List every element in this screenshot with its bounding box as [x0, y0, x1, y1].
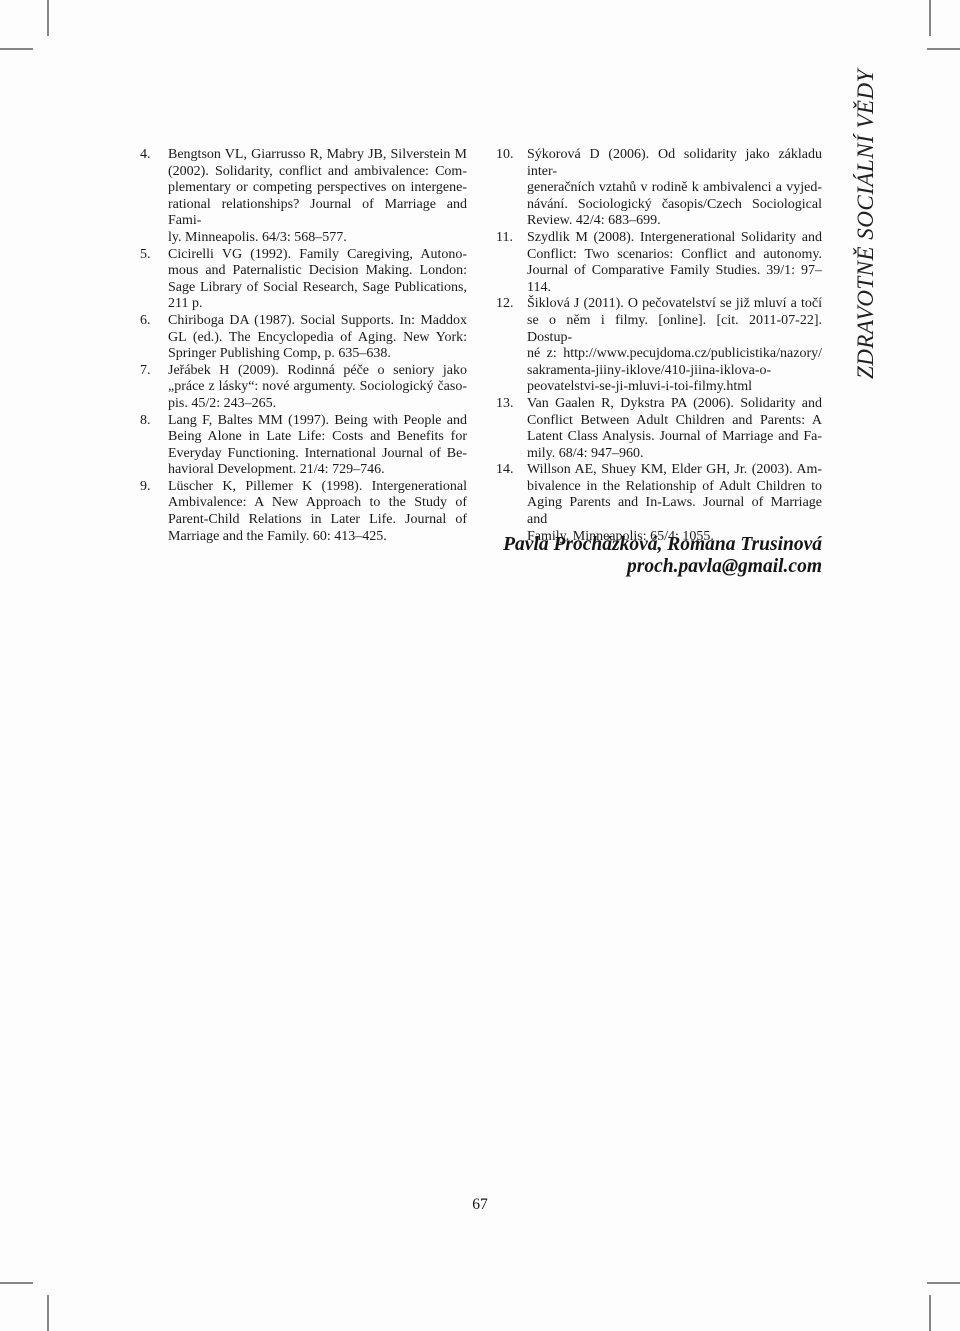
reference-line: Review. 42/4: 683–699.	[527, 213, 822, 230]
reference-line: se o něm i filmy. [online]. [cit. 2011-0…	[527, 313, 822, 346]
reference-line: Conflict Between Adult Children and Pare…	[527, 413, 822, 430]
reference-line: havioral Development. 21/4: 729–746.	[168, 462, 467, 479]
reference-number: 9.	[140, 479, 168, 545]
reference-item: 10.Sýkorová D (2006). Od solidarity jako…	[496, 147, 822, 230]
reference-line: Aging Parents and In-Laws. Journal of Ma…	[527, 495, 822, 528]
reference-line: „práce z lásky“: nové argumenty. Sociolo…	[168, 379, 467, 396]
reference-number: 7.	[140, 363, 168, 413]
reference-item: 11.Szydlik M (2008). Intergenerational S…	[496, 230, 822, 296]
reference-line: né z: http://www.pecujdoma.cz/publicisti…	[527, 346, 822, 363]
reference-line: ly. Minneapolis. 64/3: 568–577.	[168, 230, 467, 247]
reference-item: 13.Van Gaalen R, Dykstra PA (2006). Soli…	[496, 396, 822, 462]
reference-text: Lang F, Baltes MM (1997). Being with Peo…	[168, 413, 467, 479]
reference-number: 5.	[140, 247, 168, 313]
author-names: Pavla Procházková, Romana Trusinová	[496, 534, 822, 556]
reference-line: Ambivalence: A New Approach to the Study…	[168, 495, 467, 512]
reference-number: 4.	[140, 147, 168, 247]
reference-line: Parent-Child Relations in Later Life. Jo…	[168, 512, 467, 529]
reference-line: Journal of Comparative Family Studies. 3…	[527, 263, 822, 280]
reference-line: Everyday Functioning. International Jour…	[168, 446, 467, 463]
reference-line: mous and Paternalistic Decision Making. …	[168, 263, 467, 280]
ref-column-right: 10.Sýkorová D (2006). Od solidarity jako…	[496, 147, 822, 545]
reference-line: pis. 45/2: 243–265.	[168, 396, 467, 413]
crop-mark	[47, 1295, 49, 1331]
crop-mark	[927, 48, 960, 50]
reference-line: Marriage and the Family. 60: 413–425.	[168, 529, 467, 546]
reference-line: návání. Sociologický časopis/Czech Socio…	[527, 197, 822, 214]
crop-mark	[47, 0, 49, 36]
reference-line: Willson AE, Shuey KM, Elder GH, Jr. (200…	[527, 462, 822, 479]
ref-column-left: 4.Bengtson VL, Giarrusso R, Mabry JB, Si…	[140, 147, 467, 545]
crop-mark	[0, 48, 33, 50]
reference-line: Springer Publishing Comp, p. 635–638.	[168, 346, 467, 363]
reference-line: Šiklová J (2011). O pečovatelství se již…	[527, 296, 822, 313]
reference-text: Cicirelli VG (1992). Family Caregiving, …	[168, 247, 467, 313]
reference-line: 114.	[527, 280, 822, 297]
reference-text: Sýkorová D (2006). Od solidarity jako zá…	[527, 147, 822, 230]
reference-number: 14.	[496, 462, 527, 545]
reference-line: 211 p.	[168, 296, 467, 313]
author-email: proch.pavla@gmail.com	[496, 556, 822, 578]
reference-item: 9.Lüscher K, Pillemer K (1998). Intergen…	[140, 479, 467, 545]
reference-item: 5.Cicirelli VG (1992). Family Caregiving…	[140, 247, 467, 313]
crop-mark	[0, 1282, 33, 1284]
reference-line: Bengtson VL, Giarrusso R, Mabry JB, Silv…	[168, 147, 467, 164]
reference-number: 13.	[496, 396, 527, 462]
reference-text: Lüscher K, Pillemer K (1998). Intergener…	[168, 479, 467, 545]
reference-line: Being Alone in Late Life: Costs and Bene…	[168, 429, 467, 446]
reference-item: 6.Chiriboga DA (1987). Social Supports. …	[140, 313, 467, 363]
reference-line: Sýkorová D (2006). Od solidarity jako zá…	[527, 147, 822, 180]
reference-number: 6.	[140, 313, 168, 363]
reference-text: Šiklová J (2011). O pečovatelství se již…	[527, 296, 822, 396]
reference-line: plementary or competing perspectives on …	[168, 180, 467, 197]
reference-item: 8.Lang F, Baltes MM (1997). Being with P…	[140, 413, 467, 479]
reference-item: 4.Bengtson VL, Giarrusso R, Mabry JB, Si…	[140, 147, 467, 247]
reference-text: Bengtson VL, Giarrusso R, Mabry JB, Silv…	[168, 147, 467, 247]
reference-item: 7.Jeřábek H (2009). Rodinná péče o senio…	[140, 363, 467, 413]
reference-line: Latent Class Analysis. Journal of Marria…	[527, 429, 822, 446]
reference-line: peovatelstvi-se-ji-mluvi-i-toi-filmy.htm…	[527, 379, 822, 396]
reference-text: Willson AE, Shuey KM, Elder GH, Jr. (200…	[527, 462, 822, 545]
reference-line: Lang F, Baltes MM (1997). Being with Peo…	[168, 413, 467, 430]
journal-section-sidebar-label: ZDRAVOTNĚ SOCIÁLNÍ VĚDY	[853, 87, 887, 379]
reference-text: Van Gaalen R, Dykstra PA (2006). Solidar…	[527, 396, 822, 462]
reference-line: (2002). Solidarity, conflict and ambival…	[168, 164, 467, 181]
reference-number: 11.	[496, 230, 527, 296]
reference-line: Sage Library of Social Research, Sage Pu…	[168, 280, 467, 297]
reference-text: Jeřábek H (2009). Rodinná péče o seniory…	[168, 363, 467, 413]
reference-text: Szydlik M (2008). Intergenerational Soli…	[527, 230, 822, 296]
reference-number: 10.	[496, 147, 527, 230]
reference-line: Van Gaalen R, Dykstra PA (2006). Solidar…	[527, 396, 822, 413]
reference-line: Szydlik M (2008). Intergenerational Soli…	[527, 230, 822, 247]
crop-mark	[927, 1282, 960, 1284]
reference-item: 12.Šiklová J (2011). O pečovatelství se …	[496, 296, 822, 396]
authors-block: Pavla Procházková, Romana Trusinová proc…	[496, 534, 822, 577]
reference-number: 8.	[140, 413, 168, 479]
reference-text: Chiriboga DA (1987). Social Supports. In…	[168, 313, 467, 363]
reference-line: Lüscher K, Pillemer K (1998). Intergener…	[168, 479, 467, 496]
reference-line: bivalence in the Relationship of Adult C…	[527, 479, 822, 496]
crop-mark	[929, 1295, 931, 1331]
reference-number: 12.	[496, 296, 527, 396]
reference-line: Chiriboga DA (1987). Social Supports. In…	[168, 313, 467, 330]
reference-line: Jeřábek H (2009). Rodinná péče o seniory…	[168, 363, 467, 380]
reference-line: Conflict: Two scenarios: Conflict and au…	[527, 247, 822, 264]
reference-line: Cicirelli VG (1992). Family Caregiving, …	[168, 247, 467, 264]
reference-item: 14.Willson AE, Shuey KM, Elder GH, Jr. (…	[496, 462, 822, 545]
reference-line: generačních vztahů v rodině k ambivalenc…	[527, 180, 822, 197]
page-number: 67	[430, 1196, 530, 1214]
reference-line: rational relationships? Journal of Marri…	[168, 197, 467, 230]
crop-mark	[929, 0, 931, 36]
reference-line: mily. 68/4: 947–960.	[527, 446, 822, 463]
reference-line: GL (ed.). The Encyclopedia of Aging. New…	[168, 330, 467, 347]
reference-line: sakramenta-jiiny-iklove/410-jiina-iklova…	[527, 363, 822, 380]
